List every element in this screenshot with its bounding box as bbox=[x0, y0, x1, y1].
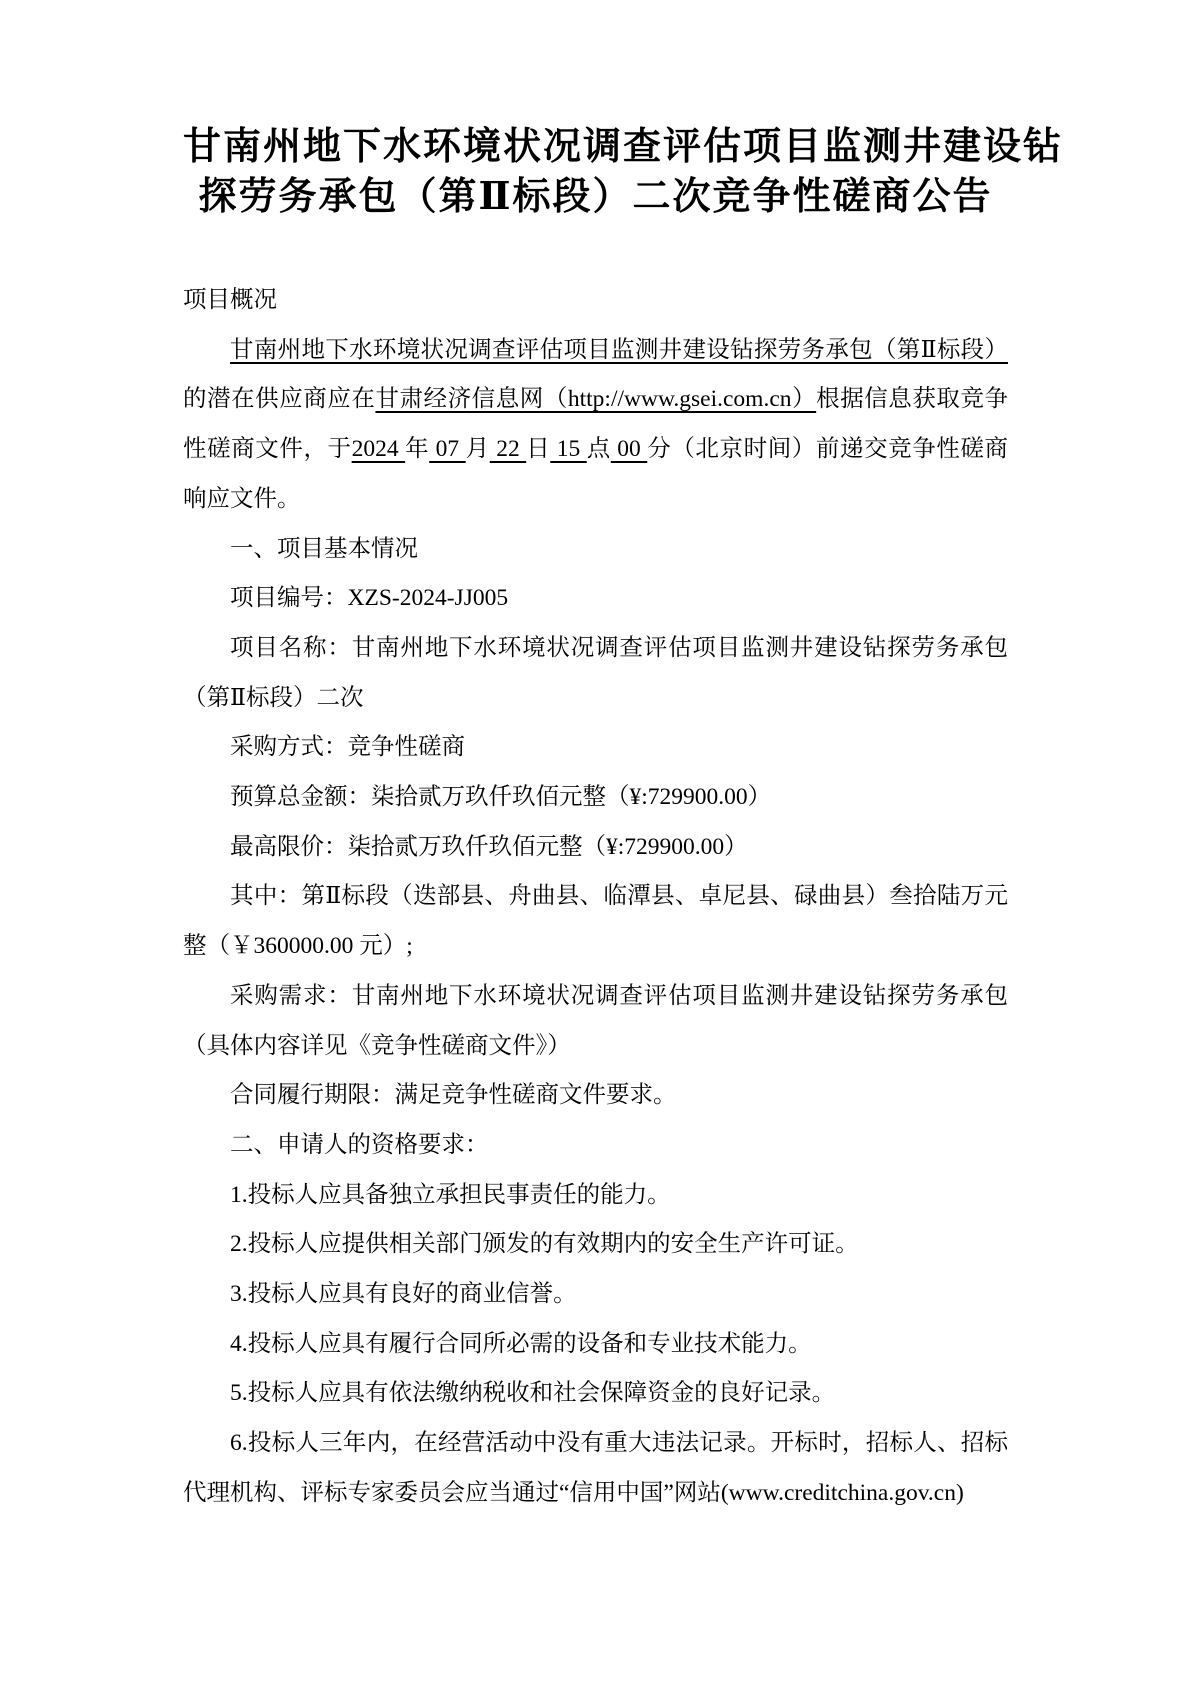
underline-month: 07 bbox=[429, 436, 465, 462]
requirement-item-3: 3.投标人应具有良好的商业信誉。 bbox=[183, 1270, 1008, 1320]
requirement-item-4: 4.投标人应具有履行合同所必需的设备和专业技术能力。 bbox=[183, 1320, 1008, 1370]
year-label: 年 bbox=[405, 436, 429, 462]
procurement-demand: 采购需求：甘南州地下水环境状况调查评估项目监测井建设钻探劳务承包（具体内容详见《… bbox=[183, 972, 1008, 1071]
hour-label: 点 bbox=[587, 436, 611, 462]
requirement-item-6: 6.投标人三年内，在经营活动中没有重大违法记录。开标时，招标人、招标代理机构、评… bbox=[183, 1419, 1008, 1518]
intro-paragraph: 甘南州地下水环境状况调查评估项目监测井建设钻探劳务承包（第Ⅱ标段）的潜在供应商应… bbox=[183, 326, 1008, 525]
overview-heading: 项目概况 bbox=[183, 276, 1008, 326]
contract-period: 合同履行期限：满足竞争性磋商文件要求。 bbox=[183, 1071, 1008, 1121]
document-title: 甘南州地下水环境状况调查评估项目监测井建设钻 探劳务承包（第Ⅱ标段）二次竞争性磋… bbox=[183, 122, 1008, 222]
project-name: 项目名称：甘南州地下水环境状况调查评估项目监测井建设钻探劳务承包（第Ⅱ标段）二次 bbox=[183, 624, 1008, 723]
month-label: 月 bbox=[466, 436, 490, 462]
document-body: 项目概况 甘南州地下水环境状况调查评估项目监测井建设钻探劳务承包（第Ⅱ标段）的潜… bbox=[183, 276, 1008, 1519]
underline-minute: 00 bbox=[611, 436, 647, 462]
underline-hour: 15 bbox=[550, 436, 586, 462]
document-title-line-1: 甘南州地下水环境状况调查评估项目监测井建设钻 bbox=[183, 122, 1008, 172]
requirement-item-5: 5.投标人应具有依法缴纳税收和社会保障资金的良好记录。 bbox=[183, 1369, 1008, 1419]
document-title-line-2: 探劳务承包（第Ⅱ标段）二次竞争性磋商公告 bbox=[183, 172, 1008, 222]
budget-total: 预算总金额：柒拾贰万玖仟玖佰元整（¥:729900.00） bbox=[183, 773, 1008, 823]
project-number: 项目编号：XZS-2024-JJ005 bbox=[183, 574, 1008, 624]
section1-heading: 一、项目基本情况 bbox=[183, 525, 1008, 575]
underline-year: 2024 bbox=[352, 436, 405, 462]
intro-text: 的潜在供应商应在 bbox=[183, 386, 375, 412]
document-page: 甘南州地下水环境状况调查评估项目监测井建设钻 探劳务承包（第Ⅱ标段）二次竞争性磋… bbox=[0, 0, 1191, 1684]
underline-day: 22 bbox=[490, 436, 526, 462]
day-label: 日 bbox=[526, 436, 550, 462]
lot-two-detail: 其中：第Ⅱ标段（迭部县、舟曲县、临潭县、卓尼县、碌曲县）叁拾陆万元整（￥3600… bbox=[183, 872, 1008, 971]
underline-website-url: 甘肃经济信息网（http://www.gsei.com.cn） bbox=[375, 386, 816, 412]
section2-heading: 二、申请人的资格要求： bbox=[183, 1121, 1008, 1171]
underline-project-name: 甘南州地下水环境状况调查评估项目监测井建设钻探劳务承包（第Ⅱ标段） bbox=[230, 337, 1008, 363]
max-price-limit: 最高限价：柒拾贰万玖仟玖佰元整（¥:729900.00） bbox=[183, 823, 1008, 873]
procurement-method: 采购方式：竞争性磋商 bbox=[183, 723, 1008, 773]
requirement-item-1: 1.投标人应具备独立承担民事责任的能力。 bbox=[183, 1171, 1008, 1221]
requirement-item-2: 2.投标人应提供相关部门颁发的有效期内的安全生产许可证。 bbox=[183, 1220, 1008, 1270]
